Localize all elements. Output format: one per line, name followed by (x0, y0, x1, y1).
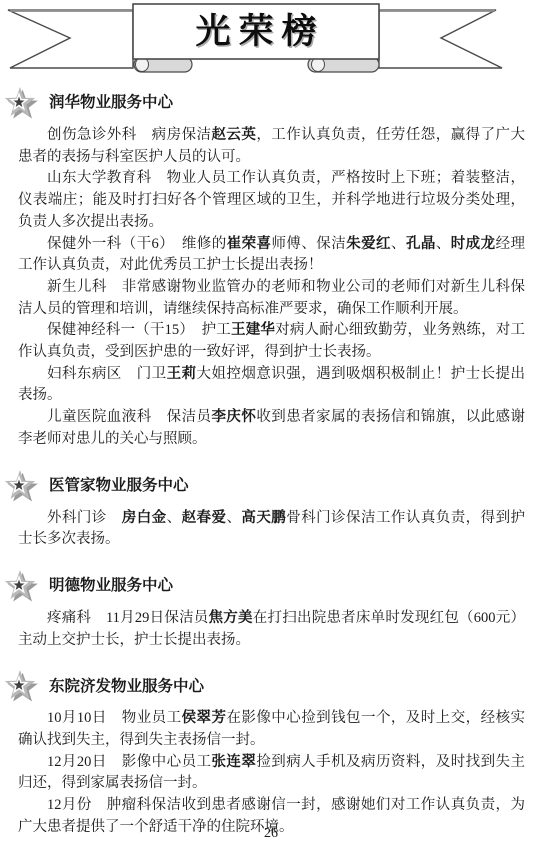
text-run: 、 (436, 236, 451, 252)
person-name: 房白金 (122, 510, 167, 526)
section: 医管家物业服务中心 外科门诊 房白金、赵春爱、高天鹏骨科门诊保洁工作认真负责，得… (18, 469, 525, 551)
text-run: 山东大学教育科 物业人员工作认真负责，严格按时上下班；着装整洁，仪表端庄；能及时… (18, 170, 525, 229)
page-footer: 26 (0, 826, 542, 842)
person-name: 赵云英 (211, 127, 256, 143)
section-paragraphs: 10月10日 物业员工侯翠芳在影像中心捡到钱包一个，及时上交，经核实确认找到失主… (18, 708, 525, 838)
section-header: 润华物业服务中心 (4, 86, 525, 121)
person-name: 朱爱红 (346, 236, 391, 252)
person-name: 孔晶 (406, 236, 436, 252)
section-paragraphs: 创伤急诊外科 病房保洁赵云英，工作认真负责，任劳任怨，赢得了广大患者的表扬与科室… (18, 125, 525, 451)
section-title: 医管家物业服务中心 (49, 477, 189, 496)
text-run: 外科门诊 (47, 510, 122, 526)
text-run: 师傅、保洁 (272, 236, 347, 252)
section-title: 润华物业服务中心 (49, 94, 173, 113)
person-name: 时成龙 (451, 236, 496, 252)
person-name: 焦方美 (209, 610, 253, 626)
text-run: 疼痛科 11月29日保洁员 (47, 610, 209, 626)
paragraph: 保健神经科一（干15） 护工王建华对病人耐心细致勤劳，业务熟练，对工作认真负责，… (18, 320, 525, 363)
paragraph: 妇科东病区 门卫王莉大姐控烟意识强，遇到吸烟积极制止！护士长提出表扬。 (18, 364, 525, 407)
paragraph: 10月10日 物业员工侯翠芳在影像中心捡到钱包一个，及时上交，经核实确认找到失主… (18, 708, 525, 751)
section-paragraphs: 外科门诊 房白金、赵春爱、高天鹏骨科门诊保洁工作认真负责，得到护士长多次表扬。 (18, 508, 525, 551)
page-number: 26 (264, 826, 278, 841)
text-run: 12月20日 影像中心员工 (47, 754, 211, 770)
text-run: 儿童医院血液科 保洁员 (47, 409, 211, 425)
ribbon-tail-right (379, 10, 502, 68)
person-name: 张连翠 (211, 754, 256, 770)
section: 东院济发物业服务中心 10月10日 物业员工侯翠芳在影像中心捡到钱包一个，及时上… (18, 669, 525, 838)
section-paragraphs: 疼痛科 11月29日保洁员焦方美在打扫出院患者床单时发现红包（600元）主动上交… (18, 608, 525, 651)
paragraph: 12月20日 影像中心员工张连翠捡到病人手机及病历资料，及时找到失主归还，得到家… (18, 752, 525, 795)
banner-ribbon: 光荣榜 光荣榜 (0, 0, 542, 84)
section-title: 明德物业服务中心 (49, 577, 173, 596)
text-run: 妇科东病区 门卫 (47, 366, 167, 382)
paragraph: 新生儿科 非常感谢物业监管办的老师和物业公司的老师们对新生儿科保洁人员的管理和培… (18, 277, 525, 320)
person-name: 高天鹏 (241, 510, 286, 526)
section: 明德物业服务中心 疼痛科 11月29日保洁员焦方美在打扫出院患者床单时发现红包（… (18, 569, 525, 651)
paragraph: 保健外一科（干6） 维修的崔荣喜师傅、保洁朱爱红、孔晶、时成龙经理工作认真负责，… (18, 234, 525, 277)
text-run: 保健神经科一（干15） 护工 (47, 322, 231, 338)
section-header: 明德物业服务中心 (4, 569, 525, 604)
banner-title: 光荣榜 (195, 12, 324, 51)
person-name: 崔荣喜 (227, 236, 272, 252)
paragraph: 创伤急诊外科 病房保洁赵云英，工作认真负责，任劳任怨，赢得了广大患者的表扬与科室… (18, 125, 525, 168)
section-header: 东院济发物业服务中心 (4, 669, 525, 704)
text-run: 、 (167, 510, 182, 526)
text-run: 10月10日 物业员工 (47, 710, 182, 726)
paragraph: 儿童医院血液科 保洁员李庆怀收到患者家属的表扬信和锦旗，以此感谢李老师对患儿的关… (18, 407, 525, 450)
ribbon-tail-left (8, 10, 133, 68)
person-name: 赵春爱 (182, 510, 227, 526)
text-run: 创伤急诊外科 病房保洁 (47, 127, 211, 143)
text-run: 、 (391, 236, 406, 252)
section-header: 医管家物业服务中心 (4, 469, 525, 504)
content: 润华物业服务中心 创伤急诊外科 病房保洁赵云英，工作认真负责，任劳任怨，赢得了广… (0, 86, 542, 839)
person-name: 侯翠芳 (182, 710, 227, 726)
text-run: 保健外一科（干6） 维修的 (47, 236, 227, 252)
text-run: 新生儿科 非常感谢物业监管办的老师和物业公司的老师们对新生儿科保洁人员的管理和培… (18, 279, 525, 317)
person-name: 王莉 (167, 366, 197, 382)
star-icon (4, 469, 40, 504)
star-icon (4, 86, 40, 121)
paragraph: 外科门诊 房白金、赵春爱、高天鹏骨科门诊保洁工作认真负责，得到护士长多次表扬。 (18, 508, 525, 551)
section: 润华物业服务中心 创伤急诊外科 病房保洁赵云英，工作认真负责，任劳任怨，赢得了广… (18, 86, 525, 451)
section-title: 东院济发物业服务中心 (49, 678, 204, 697)
star-icon (4, 669, 40, 704)
document-page: 光荣榜 光荣榜 润华物业服务中心 创伤急诊外科 病房保洁赵云英，工作认真负责，任… (0, 0, 542, 849)
star-icon (4, 569, 40, 604)
paragraph: 山东大学教育科 物业人员工作认真负责，严格按时上下班；着装整洁，仪表端庄；能及时… (18, 168, 525, 233)
person-name: 李庆怀 (211, 409, 256, 425)
paragraph: 疼痛科 11月29日保洁员焦方美在打扫出院患者床单时发现红包（600元）主动上交… (18, 608, 525, 651)
text-run: 、 (226, 510, 241, 526)
person-name: 王建华 (231, 322, 275, 338)
